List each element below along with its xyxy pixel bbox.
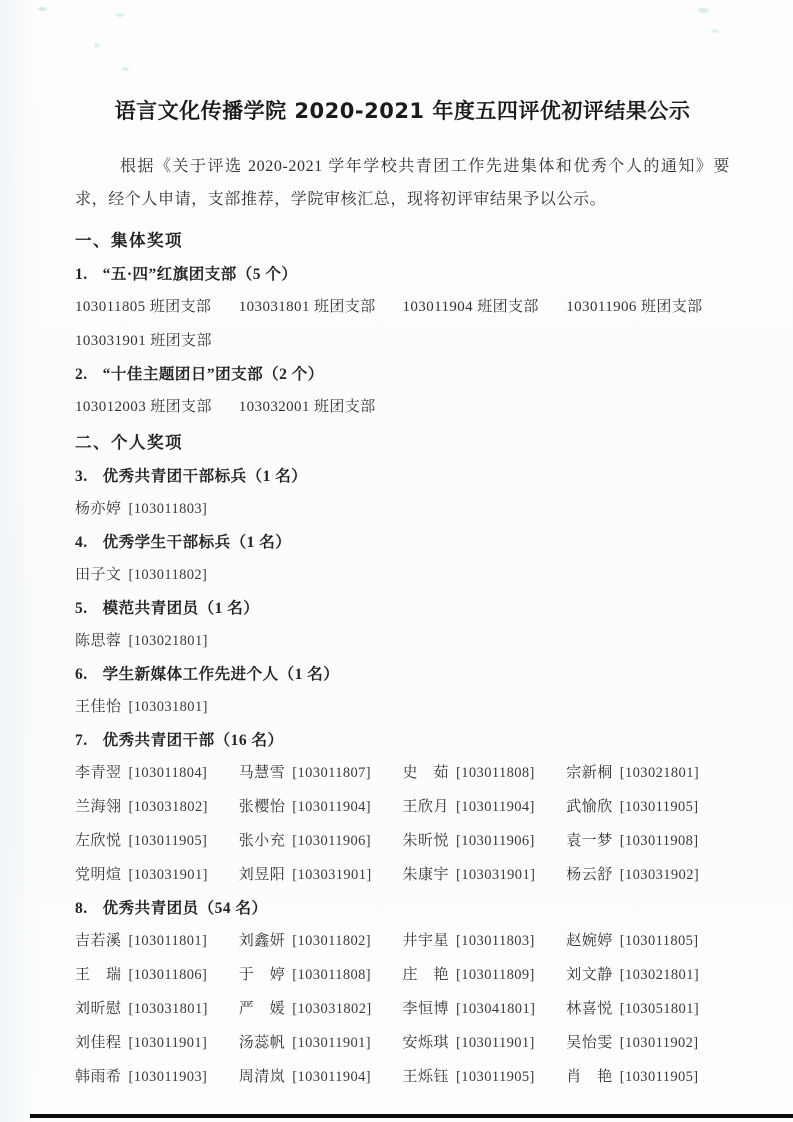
person-name: 刘文静 [566,965,613,986]
award-heading-outstanding-league-cadres: 7. 优秀共青团干部（16 名） [75,730,730,751]
person-entry: 安烁琪 [103011901] [403,1033,567,1054]
person-name: 王 瑞 [75,965,122,986]
person-student-id: [103011905] [620,1067,699,1088]
unit-entry: 103031801 班团支部 [239,297,403,318]
person-student-id: [103021801] [620,763,699,784]
person-student-id: [103011801] [129,931,208,952]
person-student-id: [103011901] [292,1033,371,1054]
person-student-id: [103011808] [456,763,535,784]
person-student-id: [103031902] [620,865,699,886]
person-name: 兰海翎 [75,797,122,818]
person-name: 王佳怡 [75,697,122,718]
person-student-id: [103011806] [129,965,208,986]
person-name: 刘佳程 [75,1033,122,1054]
person-entry: 吉若溪 [103011801] [75,931,239,952]
person-name: 宗新桐 [566,763,613,784]
person-name: 朱康宇 [403,865,450,886]
person-entry: 张小充 [103011906] [239,831,403,852]
person-name: 汤蕊帆 [239,1033,286,1054]
person-entry: 吴怡雯 [103011902] [566,1033,730,1054]
person-student-id: [103011804] [129,763,208,784]
person-entry: 张樱怡 [103011904] [239,797,403,818]
person-name: 刘昕慰 [75,999,122,1020]
unit-list-theme-day-branch: 103012003 班团支部 103032001 班团支部 [75,397,730,418]
award-title: 优秀学生干部标兵（1 名） [103,532,292,553]
person-student-id: [103011802] [129,565,208,586]
person-student-id: [103011902] [620,1033,699,1054]
person-student-id: [103011802] [292,931,371,952]
person-student-id: [103011805] [620,931,699,952]
person-student-id: [103011904] [456,797,535,818]
award-number: 5. [75,598,88,619]
person-name: 周清岚 [239,1067,286,1088]
award-number: 7. [75,730,88,751]
person-entry: 庄 艳 [103011809] [403,965,567,986]
person-student-id: [103031802] [292,999,371,1020]
person-name: 刘鑫妍 [239,931,286,952]
person-name: 韩雨希 [75,1067,122,1088]
person-entry: 左欣悦 [103011905] [75,831,239,852]
person-student-id: [103011906] [292,831,371,852]
person-entry: 肖 艳 [103011905] [566,1067,730,1088]
unit-entry: 103011904 班团支部 [403,297,567,318]
person-student-id: [103011906] [456,831,535,852]
person-name: 庄 艳 [403,965,450,986]
people-list: 陈思蓉 [103021801] [75,631,730,652]
unit-list-red-flag-branch: 103011805 班团支部 103031801 班团支部 103011904 … [75,297,730,352]
person-entry: 周清岚 [103011904] [239,1067,403,1088]
intro-paragraph: 根据《关于评选 2020-2021 学年学校共青团工作先进集体和优秀个人的通知》… [75,150,730,216]
person-student-id: [103011803] [456,931,535,952]
people-list: 田子文 [103011802] [75,565,730,586]
person-name: 李青翌 [75,763,122,784]
person-name: 林喜悦 [566,999,613,1020]
person-entry: 武愉欣 [103011905] [566,797,730,818]
person-name: 杨亦婷 [75,499,122,520]
person-name: 赵婉婷 [566,931,613,952]
section-heading-individual-awards: 二、个人奖项 [75,432,730,454]
person-entry: 李恒博 [103041801] [403,999,567,1020]
person-entry: 林喜悦 [103051801] [566,999,730,1020]
person-name: 田子文 [75,565,122,586]
award-number: 1. [75,264,88,285]
document-content: 语言文化传播学院 2020-2021 年度五四评优初评结果公示 根据《关于评选 … [0,0,793,1088]
person-entry: 王佳怡 [103031801] [75,697,239,718]
person-name: 杨云舒 [566,865,613,886]
award-heading-new-media-advanced-individual: 6. 学生新媒体工作先进个人（1 名） [75,664,730,685]
person-entry: 杨亦婷 [103011803] [75,499,239,520]
person-name: 吉若溪 [75,931,122,952]
page-bottom-edge-line [30,1114,793,1118]
award-heading-theme-day-branch: 2. “十佳主题团日”团支部（2 个） [75,364,730,385]
award-title: 模范共青团员（1 名） [103,598,260,619]
unit-entry: 103031901 班团支部 [75,331,239,352]
award-heading-outstanding-student-cadre-model: 4. 优秀学生干部标兵（1 名） [75,532,730,553]
person-entry: 王欣月 [103011904] [403,797,567,818]
person-student-id: [103031802] [129,797,208,818]
person-name: 王烁钰 [403,1067,450,1088]
person-entry: 马慧雪 [103011807] [239,763,403,784]
person-entry: 刘鑫妍 [103011802] [239,931,403,952]
person-entry: 朱康宇 [103031901] [403,865,567,886]
person-name: 刘昱阳 [239,865,286,886]
person-name: 王欣月 [403,797,450,818]
unit-entry: 103032001 班团支部 [239,397,403,418]
person-entry: 兰海翎 [103031802] [75,797,239,818]
person-entry: 李青翌 [103011804] [75,763,239,784]
award-heading-outstanding-league-cadre-model: 3. 优秀共青团干部标兵（1 名） [75,466,730,487]
award-title: “十佳主题团日”团支部（2 个） [103,364,324,385]
person-entry: 王烁钰 [103011905] [403,1067,567,1088]
award-number: 6. [75,664,88,685]
person-student-id: [103011807] [292,763,371,784]
award-title: 学生新媒体工作先进个人（1 名） [103,664,340,685]
person-name: 张樱怡 [239,797,286,818]
person-name: 袁一梦 [566,831,613,852]
person-student-id: [103011905] [456,1067,535,1088]
unit-entry: 103011805 班团支部 [75,297,239,318]
person-student-id: [103011904] [292,1067,371,1088]
person-student-id: [103011905] [129,831,208,852]
person-entry: 韩雨希 [103011903] [75,1067,239,1088]
person-student-id: [103031901] [456,865,535,886]
person-entry: 刘佳程 [103011901] [75,1033,239,1054]
person-entry: 严 媛 [103031802] [239,999,403,1020]
person-entry: 袁一梦 [103011908] [566,831,730,852]
person-student-id: [103031901] [129,865,208,886]
person-entry: 刘昱阳 [103031901] [239,865,403,886]
person-entry: 朱昕悦 [103011906] [403,831,567,852]
person-entry: 史 茹 [103011808] [403,763,567,784]
person-entry: 赵婉婷 [103011805] [566,931,730,952]
scanned-document-page: 语言文化传播学院 2020-2021 年度五四评优初评结果公示 根据《关于评选 … [0,0,793,1122]
award-number: 3. [75,466,88,487]
award-heading-model-league-member: 5. 模范共青团员（1 名） [75,598,730,619]
award-title: 优秀共青团员（54 名） [103,898,268,919]
person-student-id: [103011803] [129,499,208,520]
award-title: 优秀共青团干部标兵（1 名） [103,466,308,487]
unit-entry: 103012003 班团支部 [75,397,239,418]
person-name: 安烁琪 [403,1033,450,1054]
award-number: 8. [75,898,88,919]
person-entry: 党明煊 [103031901] [75,865,239,886]
person-name: 史 茹 [403,763,450,784]
person-student-id: [103011901] [456,1033,535,1054]
page-title: 语言文化传播学院 2020-2021 年度五四评优初评结果公示 [75,0,730,126]
people-list-outstanding-league-members: 吉若溪 [103011801] 刘鑫妍 [103011802] 井宇星 [103… [75,931,730,1088]
people-list: 杨亦婷 [103011803] [75,499,730,520]
person-name: 朱昕悦 [403,831,450,852]
person-entry: 刘文静 [103021801] [566,965,730,986]
unit-entry: 103011906 班团支部 [566,297,730,318]
award-number: 4. [75,532,88,553]
person-name: 严 媛 [239,999,286,1020]
person-entry: 于 婷 [103011808] [239,965,403,986]
person-student-id: [103011908] [620,831,699,852]
people-list: 王佳怡 [103031801] [75,697,730,718]
person-entry: 杨云舒 [103031902] [566,865,730,886]
person-name: 武愉欣 [566,797,613,818]
person-name: 党明煊 [75,865,122,886]
award-heading-outstanding-league-members: 8. 优秀共青团员（54 名） [75,898,730,919]
person-entry: 田子文 [103011802] [75,565,239,586]
award-title: “五·四”红旗团支部（5 个） [103,264,298,285]
award-number: 2. [75,364,88,385]
person-name: 吴怡雯 [566,1033,613,1054]
person-student-id: [103041801] [456,999,535,1020]
person-entry: 宗新桐 [103021801] [566,763,730,784]
person-student-id: [103031801] [129,999,208,1020]
person-entry: 汤蕊帆 [103011901] [239,1033,403,1054]
person-entry: 陈思蓉 [103021801] [75,631,239,652]
person-name: 左欣悦 [75,831,122,852]
person-student-id: [103021801] [129,631,208,652]
person-student-id: [103021801] [620,965,699,986]
person-student-id: [103011905] [620,797,699,818]
person-name: 陈思蓉 [75,631,122,652]
award-heading-red-flag-branch: 1. “五·四”红旗团支部（5 个） [75,264,730,285]
person-student-id: [103011904] [292,797,371,818]
person-name: 井宇星 [403,931,450,952]
person-student-id: [103011809] [456,965,535,986]
person-student-id: [103011808] [292,965,371,986]
person-entry: 王 瑞 [103011806] [75,965,239,986]
person-student-id: [103031901] [292,865,371,886]
person-student-id: [103031801] [129,697,208,718]
person-name: 马慧雪 [239,763,286,784]
person-entry: 井宇星 [103011803] [403,931,567,952]
section-heading-collective-awards: 一、集体奖项 [75,230,730,252]
award-title: 优秀共青团干部（16 名） [103,730,284,751]
person-name: 张小充 [239,831,286,852]
person-student-id: [103011901] [129,1033,208,1054]
person-name: 于 婷 [239,965,286,986]
person-student-id: [103011903] [129,1067,208,1088]
person-name: 肖 艳 [566,1067,613,1088]
person-entry: 刘昕慰 [103031801] [75,999,239,1020]
person-name: 李恒博 [403,999,450,1020]
people-list-outstanding-league-cadres: 李青翌 [103011804] 马慧雪 [103011807] 史 茹 [103… [75,763,730,886]
person-student-id: [103051801] [620,999,699,1020]
